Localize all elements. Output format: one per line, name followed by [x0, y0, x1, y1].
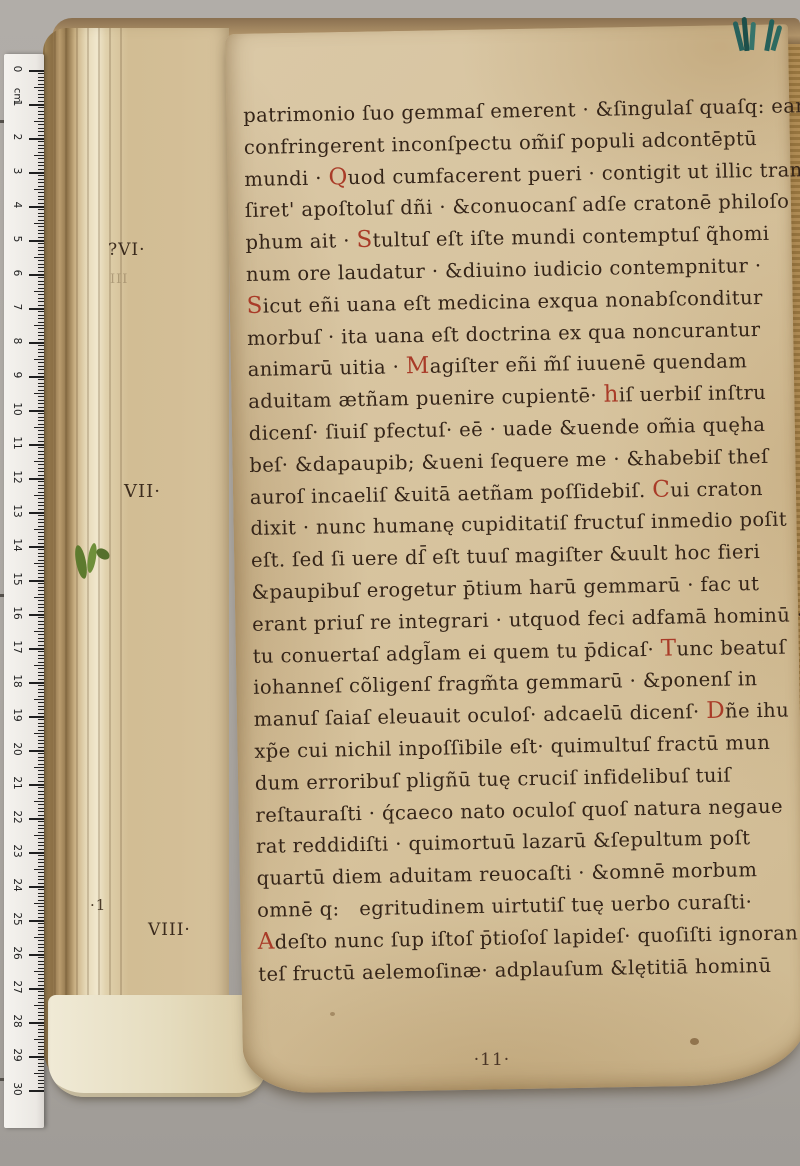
ruler-tick	[38, 1029, 44, 1030]
ruler-tick	[38, 995, 44, 996]
ruler-tick	[38, 590, 44, 591]
ruler-tick	[38, 964, 44, 965]
ruler-tick	[29, 546, 44, 548]
ruler-tick	[38, 169, 44, 170]
ruler-tick	[38, 522, 44, 523]
ruler-tick	[38, 536, 44, 537]
ruler-tick	[38, 250, 44, 251]
ruler-tick	[38, 791, 44, 792]
ruler-tick	[38, 981, 44, 982]
ruler-number: 17	[11, 639, 23, 655]
ruler-tick	[38, 974, 44, 975]
ruler-tick	[38, 1049, 44, 1050]
ruler-tick	[38, 318, 44, 319]
ruler-tick	[38, 709, 44, 710]
ruler-tick	[38, 774, 44, 775]
ruler-number: 23	[11, 843, 23, 859]
rubric-initial: S	[356, 227, 373, 253]
ruler-number: 8	[11, 333, 23, 349]
ruler-tick	[38, 740, 44, 741]
ruler-tick	[38, 471, 44, 472]
bookmark-thread	[749, 22, 756, 50]
ruler-number: 11	[11, 435, 23, 451]
text-segment: agiſter eñi m̃ſ iuuenē quendam	[430, 350, 748, 379]
text-segment: icut eñi uana eſt medicina exqua nonabſc…	[263, 286, 763, 318]
ruler-tick	[38, 753, 44, 754]
ruler-tick	[38, 107, 44, 108]
ruler-tick	[38, 148, 44, 149]
ruler-tick	[38, 158, 44, 159]
text-segment: patrimonio ſuo gemmaſ emerent · &ſingula…	[243, 94, 800, 127]
ruler-tick	[34, 869, 44, 870]
ruler-tick	[38, 192, 44, 193]
ruler-tick	[38, 743, 44, 744]
ruler-unit-label: cm	[12, 88, 23, 104]
ruler-tick	[38, 566, 44, 567]
ruler-tick	[38, 298, 44, 299]
text-segment: tu conuertaſ adgl̃am ei quem tu p̄dicaſ·	[253, 637, 661, 667]
ruler-tick	[38, 345, 44, 346]
ruler-tick	[38, 1083, 44, 1084]
ruler-tick	[38, 675, 44, 676]
ruler-number: 30	[11, 1081, 23, 1097]
ruler-tick	[38, 923, 44, 924]
ruler-number: 0	[11, 61, 23, 77]
ruler-tick	[38, 515, 44, 516]
rubric-initial: M	[406, 353, 430, 379]
ruler-tick	[38, 294, 44, 295]
ruler-tick	[38, 604, 44, 605]
ruler-tick	[29, 954, 44, 956]
ruler-tick	[38, 543, 44, 544]
ruler-tick	[38, 413, 44, 414]
under-page-numeral: ·1	[90, 896, 106, 914]
ruler-tick	[38, 288, 44, 289]
ruler-tick	[38, 264, 44, 265]
ruler-tick	[38, 420, 44, 421]
ruler-tick	[38, 386, 44, 387]
ruler-tick	[29, 1022, 44, 1024]
ruler-tick	[34, 393, 44, 394]
ruler-tick	[38, 855, 44, 856]
ruler-tick	[38, 209, 44, 210]
ruler-tick	[38, 322, 44, 323]
ruler-tick	[38, 896, 44, 897]
text-segment: dixit · nunc humanę cupiditatiſ fructuſ …	[250, 508, 787, 540]
ruler-tick	[38, 617, 44, 618]
ruler-tick	[29, 206, 44, 208]
ruler-tick	[38, 594, 44, 595]
ruler-tick	[34, 835, 44, 836]
ruler-tick	[38, 794, 44, 795]
ruler-tick	[38, 883, 44, 884]
ruler-number: 29	[11, 1047, 23, 1063]
ruler-tick	[38, 424, 44, 425]
ruler-tick	[38, 726, 44, 727]
ruler-tick	[38, 400, 44, 401]
ruler-tick	[38, 403, 44, 404]
under-pages-corner	[48, 995, 266, 1097]
ruler-tick	[38, 859, 44, 860]
folio-number: ·11·	[442, 1050, 542, 1070]
ruler-tick	[38, 532, 44, 533]
rubric-initial: T	[660, 635, 676, 661]
ruler-tick	[38, 1025, 44, 1026]
ruler-tick	[38, 583, 44, 584]
ruler-tick	[38, 1012, 44, 1013]
text-segment: num ore laudatur · &diuino iudicio conte…	[246, 254, 762, 286]
ruler-tick	[34, 87, 44, 88]
ruler-tick	[38, 957, 44, 958]
ruler-tick	[38, 781, 44, 782]
ruler-tick	[29, 138, 44, 140]
ruler-tick	[38, 1019, 44, 1020]
text-segment: deſto nunc ſup iſtoſ p̄tioſoſ lapideſ· q…	[275, 921, 799, 953]
ruler-number: 26	[11, 945, 23, 961]
ruler-tick	[38, 913, 44, 914]
ruler-tick	[38, 845, 44, 846]
ruler-tick	[38, 573, 44, 574]
ruler-tick	[38, 281, 44, 282]
ruler-tick	[38, 621, 44, 622]
ruler-tick	[38, 77, 44, 78]
ruler-tick	[38, 1076, 44, 1077]
ruler-tick	[38, 611, 44, 612]
ruler-tick	[38, 940, 44, 941]
ruler-tick	[38, 199, 44, 200]
ruler-tick	[29, 988, 44, 990]
ruler-tick	[38, 828, 44, 829]
ruler-tick	[38, 182, 44, 183]
ruler-tick	[38, 961, 44, 962]
rubric-initial: Q	[328, 164, 348, 190]
ruler-tick	[38, 1063, 44, 1064]
ruler-tick	[34, 257, 44, 258]
text-segment: erant priuſ re integrari · utquod feci a…	[252, 603, 800, 636]
text-segment: rat reddidiſti · quimortuū lazarū &ſepul…	[256, 827, 751, 859]
text-segment: iohanneſ cõligenſ fragm̃ta gemmarū · &po…	[253, 667, 757, 699]
ruler-tick	[29, 852, 44, 854]
ruler-tick	[38, 600, 44, 601]
text-segment: ſiret' apoſtoluſ dñi · &conuocanſ adſe c…	[245, 190, 790, 222]
ruler-tick	[38, 366, 44, 367]
ruler-tick	[38, 679, 44, 680]
ruler-tick	[38, 910, 44, 911]
ruler-tick	[38, 526, 44, 527]
rubric-initial: D	[706, 698, 725, 724]
ruler-tick	[38, 934, 44, 935]
ruler-tick	[38, 114, 44, 115]
ruler-number: 24	[11, 877, 23, 893]
ruler-tick	[38, 203, 44, 204]
ruler-tick	[38, 1046, 44, 1047]
ruler-number: 22	[11, 809, 23, 825]
ruler-tick	[38, 335, 44, 336]
ruler-number: 28	[11, 1013, 23, 1029]
ruler-number: 2	[11, 129, 23, 145]
ruler-tick	[38, 587, 44, 588]
ruler-tick	[38, 260, 44, 261]
ruler-tick	[38, 849, 44, 850]
ruler-tick	[38, 556, 44, 557]
ruler-tick	[34, 461, 44, 462]
text-segment: eſt. ſed ſi uere dſ̄ eſt tuuſ magiſter &…	[251, 540, 760, 572]
ruler-tick	[38, 73, 44, 74]
ruler-tick	[34, 155, 44, 156]
ruler-number: 7	[11, 299, 23, 315]
ruler-number: 4	[11, 197, 23, 213]
text-segment: tultuſ eſt iſte mundi contemptuſ q̃homi	[372, 222, 769, 252]
text-segment: ñe ihu	[725, 699, 789, 723]
ruler-tick	[38, 141, 44, 142]
ruler-tick	[29, 308, 44, 310]
ruler-tick	[38, 879, 44, 880]
ruler-tick	[38, 804, 44, 805]
ruler-tick	[38, 944, 44, 945]
ruler-tick	[38, 131, 44, 132]
ruler-tick	[38, 702, 44, 703]
ruler-number: 18	[11, 673, 23, 689]
ruler-tick	[38, 481, 44, 482]
ruler-tick	[29, 240, 44, 242]
ruler-tick	[38, 696, 44, 697]
ruler-tick	[29, 342, 44, 344]
ruler-tick	[38, 842, 44, 843]
ruler-tick	[38, 655, 44, 656]
ruler-tick	[38, 862, 44, 863]
ruler-tick	[38, 475, 44, 476]
ruler-number: 10	[11, 401, 23, 417]
ruler-tick	[38, 124, 44, 125]
ruler-tick	[38, 447, 44, 448]
ruler-tick	[38, 94, 44, 95]
ruler-tick	[38, 84, 44, 85]
ruler-tick	[38, 379, 44, 380]
ruler-tick	[38, 237, 44, 238]
stain-speck	[330, 1012, 335, 1016]
margin-chapter-number-vi: ?VI·	[108, 240, 146, 260]
text-segment: aduitam ætñam puenire cupientē·	[248, 384, 604, 413]
ruler-tick	[34, 223, 44, 224]
ruler-tick	[38, 723, 44, 724]
ruler-tick	[38, 128, 44, 129]
ruler-tick	[38, 233, 44, 234]
text-lines: patrimonio ſuo gemmaſ emerent · &ſingula…	[243, 90, 800, 990]
ruler-tick	[38, 437, 44, 438]
ruler-tick	[29, 70, 44, 72]
ruler-number: 27	[11, 979, 23, 995]
ruler-tick	[38, 101, 44, 102]
ruler-number: 21	[11, 775, 23, 791]
ruler-tick	[38, 396, 44, 397]
ruler-tick	[38, 821, 44, 822]
ruler-tick	[38, 866, 44, 867]
text-segment: xp̃e cui nichil inpoſſibile eſt· quimult…	[254, 731, 770, 763]
stain-speck	[690, 1038, 699, 1045]
ruler-tick	[38, 356, 44, 357]
ruler-tick	[38, 638, 44, 639]
ruler-tick	[38, 505, 44, 506]
ruler-tick	[29, 376, 44, 378]
ruler-tick	[29, 886, 44, 888]
ruler-tick	[38, 186, 44, 187]
ruler-tick	[38, 230, 44, 231]
ruler-tick	[38, 777, 44, 778]
plant-leaf	[74, 544, 89, 579]
ruler-number: 9	[11, 367, 23, 383]
ruler-tick	[34, 903, 44, 904]
ruler-tick	[29, 920, 44, 922]
rubric-initial: A	[257, 928, 274, 954]
ruler-tick	[34, 801, 44, 802]
pressed-plant	[72, 543, 116, 591]
ruler-tick	[38, 641, 44, 642]
ruler-tick	[34, 427, 44, 428]
text-segment: auroſ incaeliſ &uitā aetñam poſſidebiſ.	[250, 478, 653, 508]
ruler-tick	[34, 699, 44, 700]
ruler-tick	[38, 1053, 44, 1054]
ruler-tick	[38, 90, 44, 91]
ruler-tick	[38, 488, 44, 489]
ruler-tick	[38, 247, 44, 248]
ruler-tick	[38, 539, 44, 540]
ruler-tick	[38, 1066, 44, 1067]
ruler-tick	[38, 468, 44, 469]
ruler-tick	[38, 719, 44, 720]
text-segment: morbuſ · ita uana eſt doctrina ex qua no…	[247, 318, 761, 350]
ruler-tick	[38, 175, 44, 176]
ruler-tick	[29, 784, 44, 786]
ruler-tick	[38, 947, 44, 948]
ruler-tick	[29, 478, 44, 480]
ruler-tick	[38, 968, 44, 969]
ruler-tick	[29, 172, 44, 174]
ruler-tick	[38, 770, 44, 771]
ruler-tick	[34, 1039, 44, 1040]
ruler-tick	[29, 716, 44, 718]
ruler-tick	[38, 498, 44, 499]
ruler-tick	[38, 692, 44, 693]
ruler-tick	[38, 838, 44, 839]
ruler-tick	[29, 580, 44, 582]
ruler-tick	[38, 339, 44, 340]
ruler-tick	[38, 624, 44, 625]
ruler-tick	[38, 1059, 44, 1060]
ruler-tick	[38, 570, 44, 571]
ruler-tick	[38, 213, 44, 214]
manuscript-photo: ?VI· III VII· VIII· ·1 patrimonio ſuo ge…	[0, 0, 800, 1166]
ruler-tick	[38, 492, 44, 493]
rubric-initial: S	[246, 292, 263, 318]
ruler-tick	[38, 1087, 44, 1088]
ruler-number: 5	[11, 231, 23, 247]
ruler-tick	[38, 998, 44, 999]
ruler-tick	[38, 165, 44, 166]
ruler-tick	[38, 135, 44, 136]
ruler-tick	[29, 682, 44, 684]
ruler-tick	[38, 362, 44, 363]
ruler-tick	[38, 216, 44, 217]
ruler-tick	[38, 560, 44, 561]
ruler-tick	[38, 736, 44, 737]
text-segment: &paupibuſ erogetur p̄tium harū gemmarū ·…	[251, 572, 759, 604]
ruler-number: 3	[11, 163, 23, 179]
ruler-tick	[38, 267, 44, 268]
ruler-tick	[38, 730, 44, 731]
ruler-number: 13	[11, 503, 23, 519]
ruler-number: 12	[11, 469, 23, 485]
text-segment: dicenſ· ſiuiſ pfectuſ· eē · uade &uende …	[249, 413, 766, 445]
text-segment: ui craton	[670, 477, 763, 502]
ruler-tick	[34, 937, 44, 938]
ruler-tick	[29, 410, 44, 412]
ruler-tick	[38, 1080, 44, 1081]
ruler-tick	[38, 162, 44, 163]
ruler-tick	[38, 832, 44, 833]
ruler-number: 6	[11, 265, 23, 281]
rubric-initial: h	[603, 382, 619, 408]
ruler-tick	[29, 750, 44, 752]
text-segment: uod cumfacerent pueri · contigit ut illi…	[348, 158, 800, 189]
ruler-tick	[38, 390, 44, 391]
ruler-tick	[38, 407, 44, 408]
ruler-tick	[34, 359, 44, 360]
ruler-tick	[29, 818, 44, 820]
ruler-tick	[38, 815, 44, 816]
ruler-tick	[38, 872, 44, 873]
ruler-tick	[38, 301, 44, 302]
ruler-tick	[38, 1042, 44, 1043]
text-segment: teſ fructū aelemoſinæ· adplauſum &lętiti…	[258, 953, 772, 985]
text-segment: mundi ·	[244, 166, 329, 190]
ruler-tick	[29, 512, 44, 514]
plant-leaf	[95, 547, 112, 561]
text-segment: phum ait ·	[245, 229, 356, 254]
rubric-initial: C	[652, 476, 670, 502]
ruler-tick	[38, 328, 44, 329]
ruler-tick	[38, 519, 44, 520]
ruler-tick	[38, 760, 44, 761]
ruler: 0123456789101112131415161718192021222324…	[4, 54, 44, 1128]
text-segment: manuſ ſaiaſ eleuauit oculoſ· adcaelū dic…	[254, 700, 707, 731]
ruler-tick	[38, 243, 44, 244]
ruler-number: 16	[11, 605, 23, 621]
ruler-tick	[38, 811, 44, 812]
ruler-tick	[38, 978, 44, 979]
plant-leaf	[85, 542, 99, 573]
ruler-tick	[29, 1056, 44, 1058]
ruler-tick	[38, 152, 44, 153]
ruler-tick	[38, 787, 44, 788]
ruler-tick	[38, 713, 44, 714]
ruler-tick	[38, 706, 44, 707]
ruler-tick	[38, 369, 44, 370]
ruler-tick	[38, 458, 44, 459]
ruler-tick	[38, 628, 44, 629]
ruler-tick	[34, 563, 44, 564]
ruler-tick	[38, 662, 44, 663]
ruler-tick	[34, 597, 44, 598]
ruler-tick	[38, 111, 44, 112]
ruler-tick	[38, 951, 44, 952]
ruler-tick	[38, 352, 44, 353]
ruler-tick	[38, 900, 44, 901]
text-segment: dum erroribuſ pligñū tuę cruciſ infideli…	[255, 763, 732, 794]
ruler-tick	[38, 798, 44, 799]
ruler-tick	[38, 689, 44, 690]
ruler-tick	[38, 502, 44, 503]
text-segment: confringerent inconſpectu om̃iſ populi a…	[244, 127, 758, 159]
